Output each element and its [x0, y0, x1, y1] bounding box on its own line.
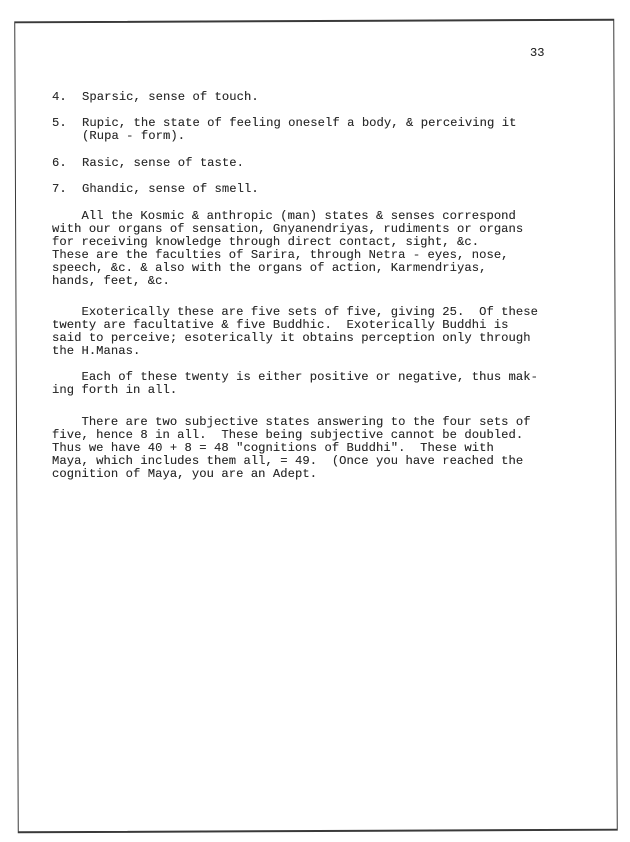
list-item-text: Ghandic, sense of smell.: [82, 182, 259, 196]
paragraph-line: hands, feet, &c.: [52, 275, 170, 288]
page-number: 33: [530, 47, 545, 60]
list-item-6: 6.Rasic, sense of taste.: [52, 157, 244, 170]
list-item-text: Rasic, sense of taste.: [82, 156, 244, 170]
list-item-7: 7.Ghandic, sense of smell.: [52, 183, 259, 196]
list-item-text: Rupic, the state of feeling oneself a bo…: [82, 116, 516, 130]
list-item-5-continued: (Rupa - form).: [82, 130, 185, 143]
list-item-number: 7.: [52, 183, 82, 196]
paragraph-line: the H.Manas.: [52, 345, 140, 358]
paragraph-line: cognition of Maya, you are an Adept.: [52, 468, 317, 481]
list-item-number: 5.: [52, 117, 82, 130]
list-item-text: Sparsic, sense of touch.: [82, 90, 259, 104]
list-item-4: 4.Sparsic, sense of touch.: [52, 91, 259, 104]
paragraph-line: ing forth in all.: [52, 384, 177, 397]
list-item-number: 4.: [52, 91, 82, 104]
list-item-number: 6.: [52, 157, 82, 170]
